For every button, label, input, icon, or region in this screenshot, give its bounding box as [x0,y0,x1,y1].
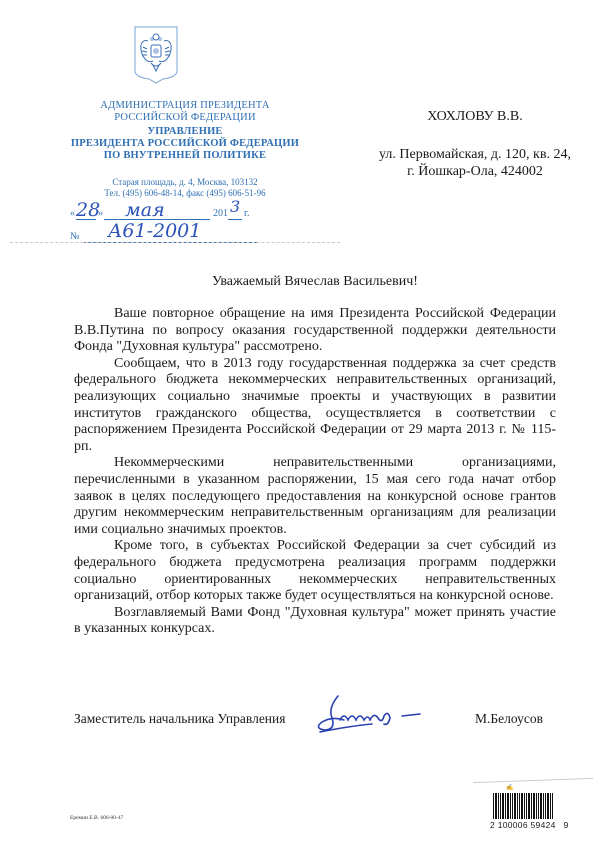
paragraph-2: Сообщаем, что в 2013 году государственна… [74,356,556,456]
number-value: А61-2001 [108,220,201,242]
letterhead-line2: РОССИЙСКОЙ ФЕДЕРАЦИИ [60,112,310,124]
number-label: № [70,231,80,242]
letterhead-administration: АДМИНИСТРАЦИЯ ПРЕЗИДЕНТА РОССИЙСКОЙ ФЕДЕ… [60,100,310,124]
date-year-unit: г. [244,208,249,219]
date-month: мая [125,199,165,221]
letterhead-line1: АДМИНИСТРАЦИЯ ПРЕЗИДЕНТА [60,100,310,112]
coat-of-arms-icon [133,25,179,85]
date-quote-close: » [98,208,103,219]
date-day: 28 [76,199,100,221]
recipient-name: ХОХЛОВУ В.В. [360,108,590,125]
letterhead-contacts: Старая площадь, д. 4, Москва, 103132 Тел… [60,177,310,198]
letter-body: Ваше повторное обращение на имя Президен… [74,294,556,638]
recipient-address-line2: г. Йошкар-Ола, 424002 [360,163,590,180]
date-year-suffix: 3 [230,197,240,216]
executor-contact: Еремин Е.В. 606-00-47 [70,815,123,821]
document-number: № А61-2001 [70,225,330,245]
barcode-bars-icon [493,793,563,819]
recipient-address-line1: ул. Первомайская, д. 120, кв. 24, [360,146,590,163]
paragraph-1: Ваше повторное обращение на имя Президен… [74,306,556,356]
letterhead-department: УПРАВЛЕНИЕ ПРЕЗИДЕНТА РОССИЙСКОЙ ФЕДЕРАЦ… [60,126,310,162]
barcode-stamp-icon: ✍ [506,784,513,791]
date-quote-open: « [70,208,75,219]
department-line1: УПРАВЛЕНИЕ [60,126,310,138]
paragraph-3: Некоммерческими неправительственными орг… [74,455,556,538]
department-line2: ПРЕЗИДЕНТА РОССИЙСКОЙ ФЕДЕРАЦИИ [60,138,310,150]
signatory-name: М.Белоусов [475,711,543,727]
barcode: ✍ 2 100006 59424 9 [478,780,598,850]
letterhead-address: Старая площадь, д. 4, Москва, 103132 [60,177,310,188]
paragraph-5: Возглавляемый Вами Фонд "Духовная культу… [74,605,556,638]
letterhead-phones: Тел. (495) 606-48-14, факс (495) 606-51-… [60,188,310,199]
salutation: Уважаемый Вячеслав Васильевич! [60,274,570,290]
signatory-title: Заместитель начальника Управления [74,711,285,727]
document-date: « 28 » мая 201 3 г. [70,203,285,221]
barcode-number: 2 100006 59424 9 [490,820,569,830]
paragraph-4: Кроме того, в субъектах Российской Федер… [74,538,556,604]
handwritten-signature-icon [310,690,440,738]
date-year-prefix: 201 [213,208,228,219]
department-line3: ПО ВНУТРЕННЕЙ ПОЛИТИКЕ [60,150,310,162]
